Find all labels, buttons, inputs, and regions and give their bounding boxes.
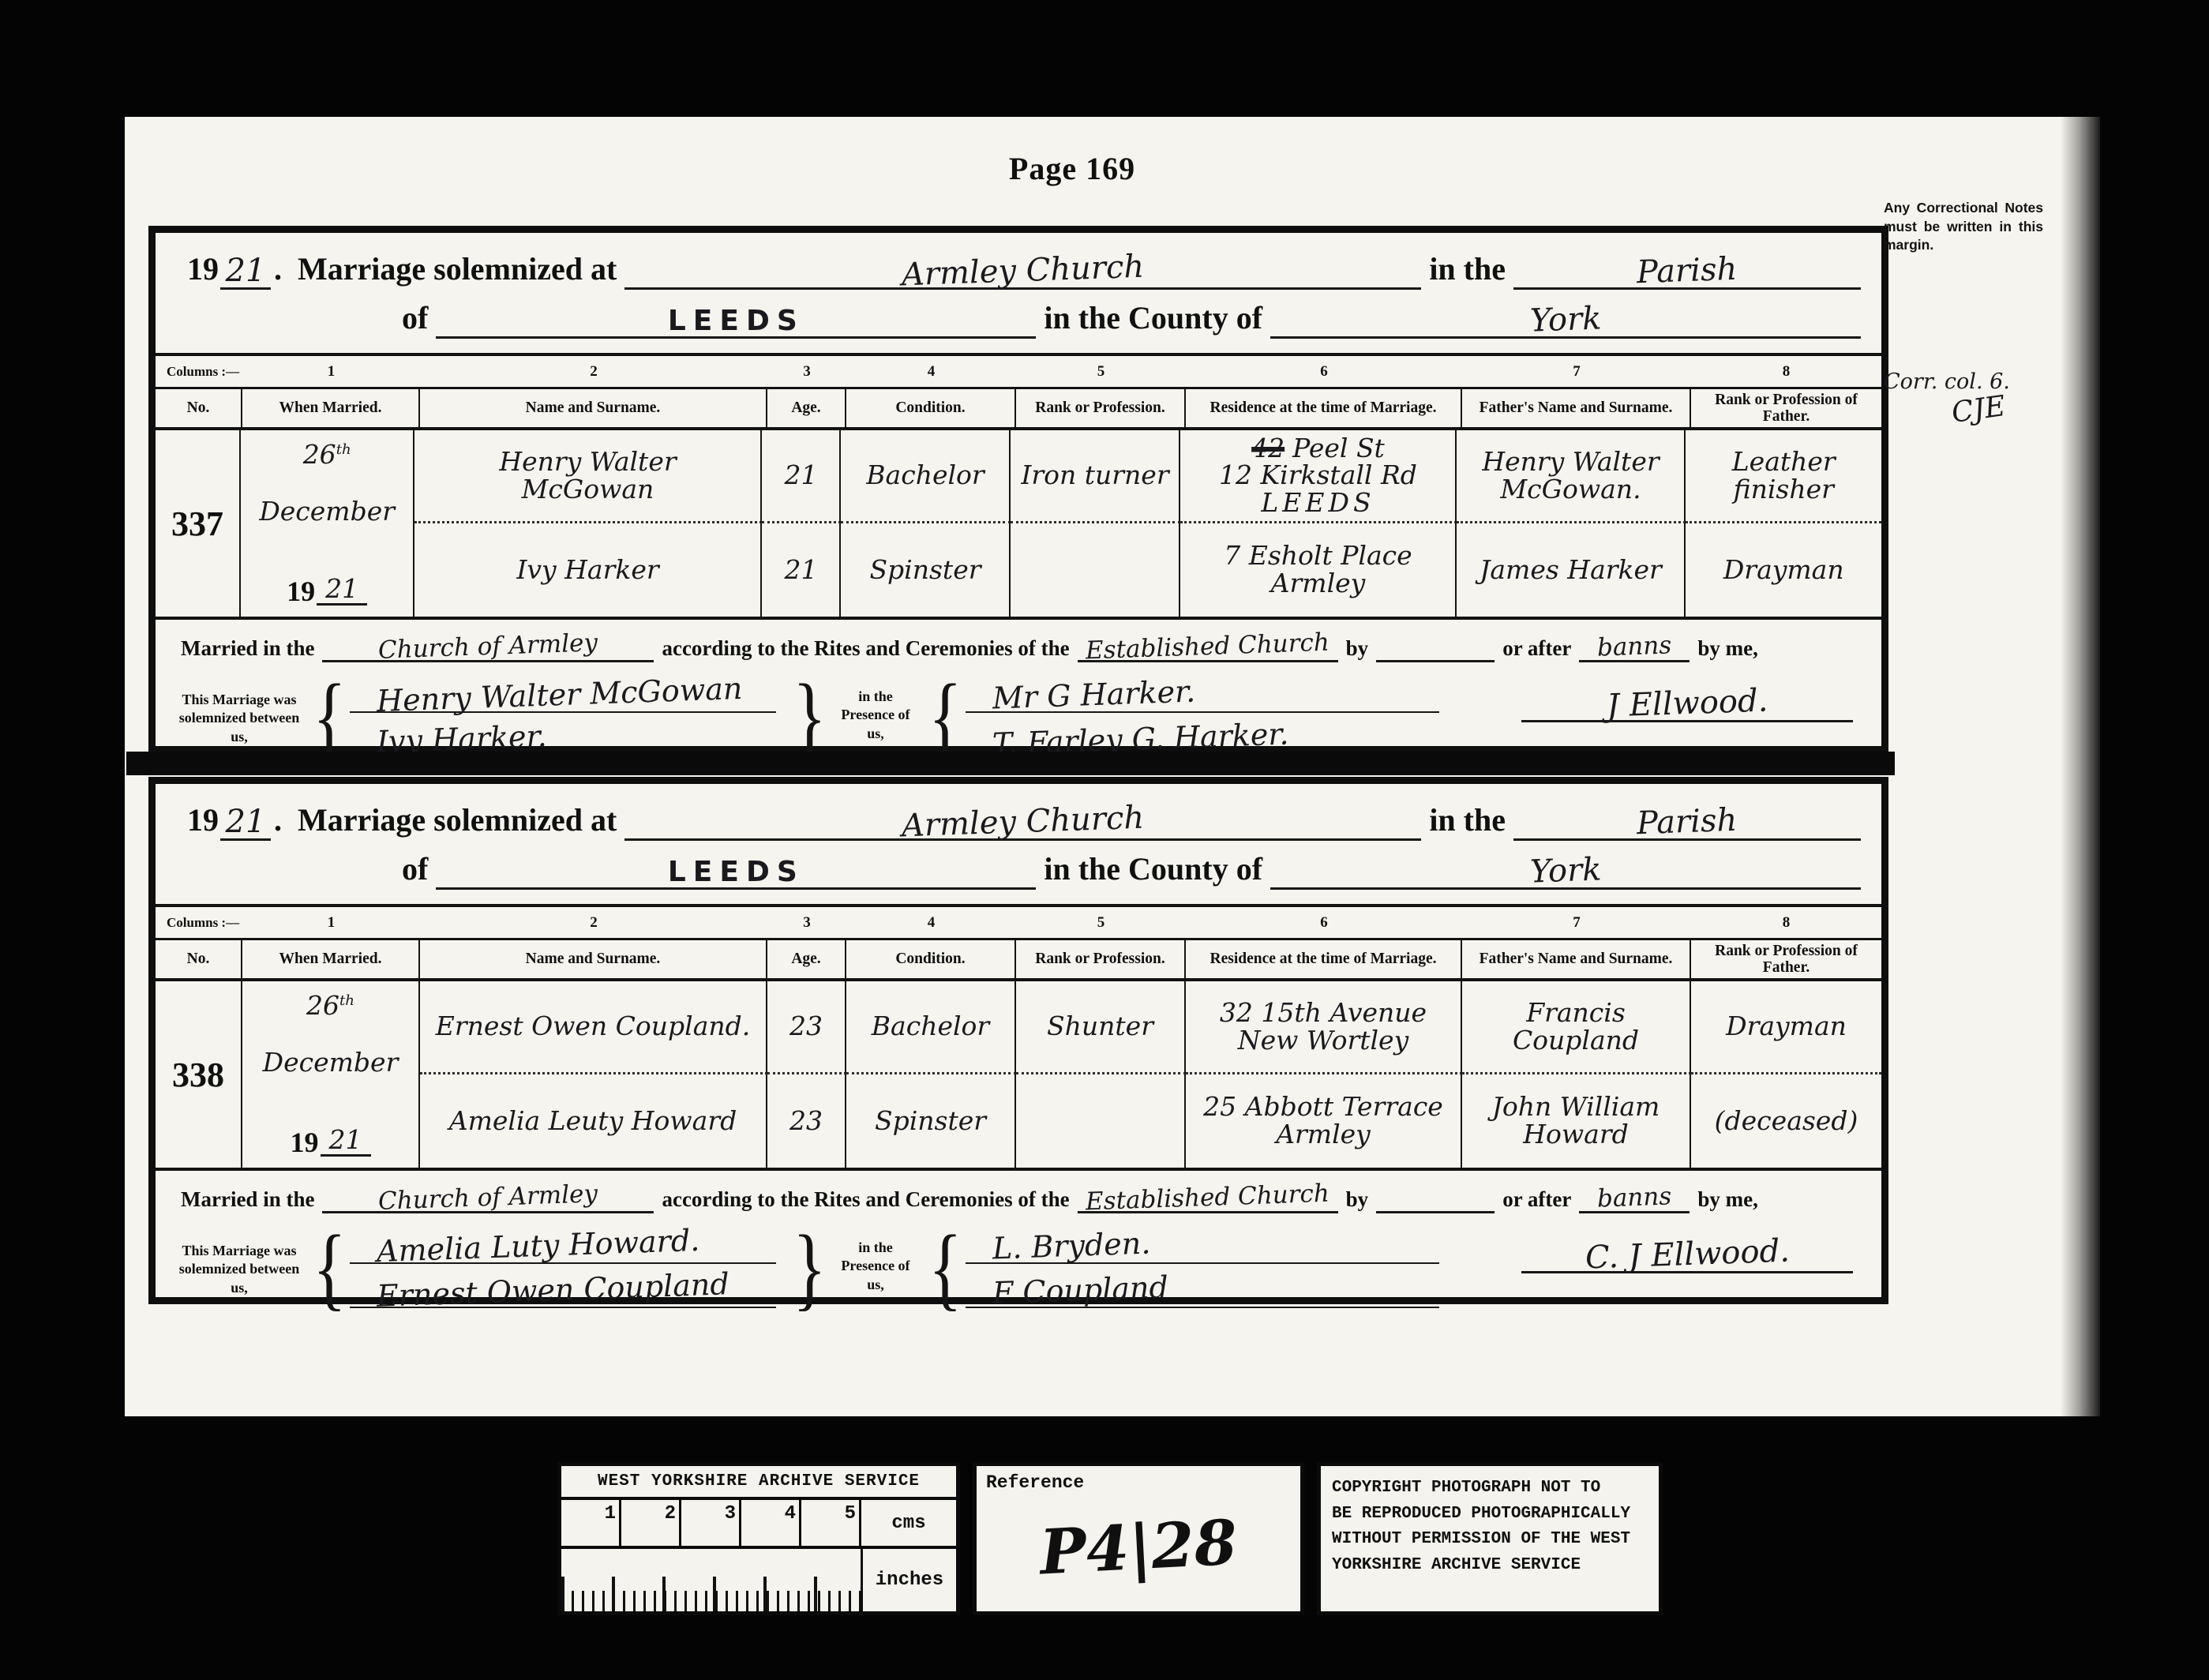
groom-name: Ernest Owen Coupland. [420,981,767,1074]
cm-tick-4: 4 [741,1500,801,1546]
or-after-label: or after [1495,638,1579,662]
groom-signature: Henry Walter McGowan [376,673,743,718]
bride-condition: Spinster [841,523,1011,617]
groom-father-rank: Leather finisher [1686,430,1881,523]
county-of-label: in the County of [1036,302,1270,339]
witness1-line: L. Bryden. [966,1220,1439,1264]
header-when-married: When Married. [242,940,420,978]
married-in-handwritten: Church of Armley [378,631,598,664]
by-me-label: by me, [1690,638,1766,662]
married-in-blank: Church of Armley [322,1179,654,1213]
of-label: of [394,302,436,339]
spouse-signatures: Henry Walter McGowan Ivy Harker. [350,669,776,757]
witness2-line: T. Farley G. Harker. [966,713,1439,757]
by-blank [1376,628,1495,662]
district-blank: Parish [1513,247,1861,290]
married-in-label: Married in the [173,1189,322,1213]
header-father-rank: Rank or Profession of Father. [1691,389,1881,427]
married-in-line: Married in the Church of Armley accordin… [156,620,1881,662]
groom-profession: Shunter [1016,981,1186,1074]
married-in-line: Married in the Church of Armley accordin… [156,1171,1881,1213]
officiant-signature: J Ellwood. [1606,684,1768,722]
copyright-line1: COPYRIGHT PHOTOGRAPH NOT TO [1332,1476,1648,1502]
bride-profession [1016,1074,1186,1168]
column-numbers-row: Columns :— 1 2 3 4 5 6 7 8 [156,907,1881,940]
bride-father-rank: (deceased) [1691,1074,1881,1168]
bride-father: James Harker [1457,523,1686,617]
by-me-label: by me, [1690,1189,1766,1213]
columns-label: Columns :— [156,915,242,931]
header-father: Father's Name and Surname. [1462,389,1691,427]
inch-ruler-ticks [561,1549,863,1611]
year-handwritten: 21 [226,805,266,838]
when-married-cell: 26th December 19 21 [242,981,420,1168]
copyright-box: COPYRIGHT PHOTOGRAPH NOT TO BE REPRODUCE… [1317,1462,1663,1615]
header-age: Age. [767,940,846,978]
col-number-6: 6 [1186,914,1462,932]
reference-value-handwritten: P4|28 [975,1503,1302,1592]
section-divider [126,752,1895,775]
year-handwritten: 21 [226,254,266,287]
witness2-signature: F Coupland [992,1272,1168,1310]
inch-ruler: inches [561,1549,956,1611]
of-label: of [394,853,436,890]
in-the-label: in the [1421,804,1513,841]
bride-profession [1011,523,1180,617]
town-handwritten: LEEDS [668,857,804,887]
officiant-signature-block: J Ellwood. [1521,677,1853,722]
bride-residence: 25 Abbott TerraceArmley [1186,1074,1462,1168]
left-brace: { [313,1217,346,1319]
groom-age: 21 [762,430,841,523]
bride-father-rank: Drayman [1686,523,1881,617]
column-names-row: No. When Married. Name and Surname. Age.… [156,940,1881,981]
header-residence: Residence at the time of Marriage. [1186,389,1462,427]
place-blank: Armley Church [624,247,1421,290]
entry-heading: 19 21 . Marriage solemnized at Armley Ch… [156,233,1881,342]
cms-label: cms [861,1500,956,1546]
town-blank: LEEDS [436,296,1036,339]
header-condition: Condition. [846,389,1016,427]
header-condition: Condition. [846,940,1016,978]
correctional-notes-margin-text: Any Correctional Notes must be written i… [1884,199,2043,255]
entry-heading: 19 21 . Marriage solemnized at Armley Ch… [156,784,1881,893]
column-header-band: Columns :— 1 2 3 4 5 6 7 8 No. When Marr… [156,904,1881,981]
entry-data-rows: 338 26th December 19 21 Ernest Owen Coup… [156,981,1881,1171]
column-numbers-row: Columns :— 1 2 3 4 5 6 7 8 [156,356,1881,389]
date-year-printed: 19 [287,577,317,606]
header-name-surname: Name and Surname. [420,389,767,427]
date-year-blank: 21 [321,1123,371,1157]
margin-annotation-text: Corr. col. 6. [1884,371,2010,393]
reference-box: Reference P4|28 [973,1462,1304,1615]
married-in-handwritten: Church of Armley [378,1182,598,1215]
when-married-cell: 26th December 19 21 [241,430,415,617]
town-handwritten: LEEDS [668,306,804,336]
date-month: December [241,498,414,526]
bride-age: 21 [762,523,841,617]
header-no: No. [156,940,242,978]
col-number-6: 6 [1186,363,1462,381]
rites-label: according to the Rites and Ceremonies of… [654,1189,1077,1213]
groom-signature: Ernest Owen Coupland [376,1269,729,1312]
cm-tick-1: 1 [561,1500,621,1546]
district-handwritten: Parish [1637,253,1738,289]
officiant-signature-block: C. J Ellwood. [1521,1228,1853,1273]
rites-label: according to the Rites and Ceremonies of… [654,638,1077,662]
marriage-entry-337: 19 21 . Marriage solemnized at Armley Ch… [148,226,1888,753]
col-number-3: 3 [767,914,846,932]
by-blank [1376,1179,1495,1213]
by-label: by [1338,638,1377,662]
groom-father: Henry WalterMcGowan. [1457,430,1686,523]
col-number-2: 2 [420,914,767,932]
cm-tick-5: 5 [801,1500,861,1546]
groom-signature-line: Henry Walter McGowan [350,669,776,713]
year-printed: 19 [179,253,220,290]
place-blank: Armley Church [624,798,1421,841]
register-page: Page 169 19 21 . Marriage solemnized at … [125,117,2100,1416]
county-handwritten: York [1529,853,1602,888]
bride-signature-line: Ivy Harker. [350,713,776,757]
header-rank: Rank or Profession. [1016,389,1186,427]
spouse-signatures: Amelia Luty Howard. Ernest Owen Coupland [350,1220,776,1308]
marriage-entry-338: 19 21 . Marriage solemnized at Armley Ch… [148,777,1888,1304]
witness-signatures: Mr G Harker. T. Farley G. Harker. [966,669,1439,757]
witness1-line: Mr G Harker. [966,669,1439,713]
bride-name: Amelia Leuty Howard [420,1074,767,1168]
groom-name: Henry WalterMcGowan [414,430,762,523]
banns-handwritten: banns [1597,1184,1672,1213]
groom-condition: Bachelor [841,430,1011,523]
town-blank: LEEDS [436,847,1036,890]
col-number-2: 2 [420,363,767,381]
presence-label: in the Presence of us, [831,1239,920,1294]
groom-profession: Iron turner [1011,430,1180,523]
date-year: 19 21 [242,1123,418,1157]
col-number-4: 4 [846,363,1016,381]
period: . [271,253,290,290]
entry-number: 337 [156,430,241,617]
county-blank: York [1270,296,1861,339]
groom-residence: 32 15th AvenueNew Wortley [1186,981,1462,1074]
married-in-blank: Church of Armley [322,628,654,662]
witness1-signature: L. Bryden. [992,1228,1151,1266]
banns-handwritten: banns [1597,633,1672,662]
signature-block: This Marriage was solemnized between us,… [156,1213,1881,1329]
in-the-label: in the [1421,253,1513,290]
rites-blank: Established Church [1078,1179,1338,1213]
solemnized-at-label: Marriage solemnized at [290,804,624,841]
copyright-line4: YORKSHIRE ARCHIVE SERVICE [1332,1553,1648,1579]
bride-father: John WilliamHoward [1462,1074,1691,1168]
date-day: 26th [241,441,414,469]
rites-handwritten: Established Church [1086,630,1330,664]
officiant-line: C. J Ellwood. [1521,1228,1853,1273]
banns-blank: banns [1579,628,1690,662]
county-handwritten: York [1529,302,1602,337]
groom-condition: Bachelor [846,981,1016,1074]
bride-signature-line: Amelia Luty Howard. [350,1220,776,1264]
presence-label: in the Presence of us, [831,688,920,743]
year-blank: 21 [220,798,271,841]
cm-ruler: 1 2 3 4 5 cms [561,1500,956,1549]
reference-label: Reference [977,1466,1300,1493]
header-father-rank: Rank or Profession of Father. [1691,940,1881,978]
groom-father: Francis Coupland [1462,981,1691,1074]
officiant-signature: C. J Ellwood. [1585,1234,1790,1274]
year-printed: 19 [179,804,220,841]
columns-label: Columns :— [156,364,242,380]
this-marriage-label: This Marriage was solemnized between us, [171,1242,307,1297]
header-no: No. [156,389,242,427]
col-number-4: 4 [846,914,1016,932]
ruler-box: WEST YORKSHIRE ARCHIVE SERVICE 1 2 3 4 5… [557,1462,960,1615]
date-year-handwritten: 21 [329,1127,362,1154]
period: . [271,804,290,841]
col-number-8: 8 [1691,914,1881,932]
archive-reference-plate: WEST YORKSHIRE ARCHIVE SERVICE 1 2 3 4 5… [557,1462,1663,1615]
page-number: Page 169 [938,150,1206,187]
district-handwritten: Parish [1637,804,1738,840]
col-number-1: 1 [242,363,420,381]
by-label: by [1338,1189,1377,1213]
county-blank: York [1270,847,1861,890]
groom-signature-line: Ernest Owen Coupland [350,1264,776,1308]
bride-residence: 7 Esholt PlaceArmley [1180,523,1457,617]
groom-residence: 42Peel St 12 Kirkstall Rd LEEDS [1180,430,1457,523]
place-handwritten: Armley Church [902,801,1145,843]
right-brace: } [793,1217,826,1319]
copyright-line3: WITHOUT PERMISSION OF THE WEST [1332,1527,1648,1553]
or-after-label: or after [1495,1189,1579,1213]
place-handwritten: Armley Church [902,250,1145,292]
col-number-3: 3 [767,363,846,381]
married-in-label: Married in the [173,638,322,662]
witness-signatures: L. Bryden. F Coupland [966,1220,1439,1308]
date-year-handwritten: 21 [325,576,358,603]
header-father: Father's Name and Surname. [1462,940,1691,978]
margin-annotation-initials: CJE [1950,391,2012,429]
district-blank: Parish [1513,798,1861,841]
inches-label: inches [863,1549,956,1611]
rites-handwritten: Established Church [1086,1181,1330,1215]
bride-name: Ivy Harker [414,523,762,617]
groom-age: 23 [767,981,846,1074]
header-name-surname: Name and Surname. [420,940,767,978]
witness-brace: { [928,1217,962,1319]
header-when-married: When Married. [242,389,420,427]
witness2-line: F Coupland [966,1264,1439,1308]
bride-age: 23 [767,1074,846,1168]
date-month: December [242,1049,418,1077]
year-blank: 21 [220,247,271,290]
bride-signature: Amelia Luty Howard. [376,1225,699,1268]
this-marriage-label: This Marriage was solemnized between us, [171,691,307,746]
header-residence: Residence at the time of Marriage. [1186,940,1462,978]
date-day: 26th [242,992,418,1020]
copyright-line2: BE REPRODUCED PHOTOGRAPHICALLY [1332,1502,1648,1528]
entry-data-rows: 337 26th December 19 21 Henry WalterMcGo… [156,430,1881,620]
banns-blank: banns [1579,1179,1690,1213]
column-header-band: Columns :— 1 2 3 4 5 6 7 8 No. When Marr… [156,353,1881,430]
col-number-5: 5 [1016,363,1186,381]
col-number-7: 7 [1462,914,1691,932]
struck-house-number: 42 [1251,433,1285,463]
margin-annotation: Corr. col. 6. CJE [1884,371,2010,425]
header-rank: Rank or Profession. [1016,940,1186,978]
scanned-register-photograph: Page 169 19 21 . Marriage solemnized at … [0,0,2209,1680]
witness1-signature: Mr G Harker. [992,677,1195,715]
rites-blank: Established Church [1078,628,1338,662]
col-number-7: 7 [1462,363,1691,381]
header-age: Age. [767,389,846,427]
solemnized-at-label: Marriage solemnized at [290,253,624,290]
groom-father-rank: Drayman [1691,981,1881,1074]
col-number-5: 5 [1016,914,1186,932]
date-year-printed: 19 [291,1128,321,1157]
cm-tick-2: 2 [621,1500,681,1546]
bride-condition: Spinster [846,1074,1016,1168]
col-number-8: 8 [1691,363,1881,381]
column-names-row: No. When Married. Name and Surname. Age.… [156,389,1881,430]
county-of-label: in the County of [1036,853,1270,890]
date-year: 19 21 [241,572,414,606]
officiant-line: J Ellwood. [1521,677,1853,722]
date-year-blank: 21 [317,572,367,606]
col-number-1: 1 [242,914,420,932]
cm-tick-3: 3 [681,1500,741,1546]
entry-number: 338 [156,981,242,1168]
archive-service-title: WEST YORKSHIRE ARCHIVE SERVICE [561,1466,956,1500]
